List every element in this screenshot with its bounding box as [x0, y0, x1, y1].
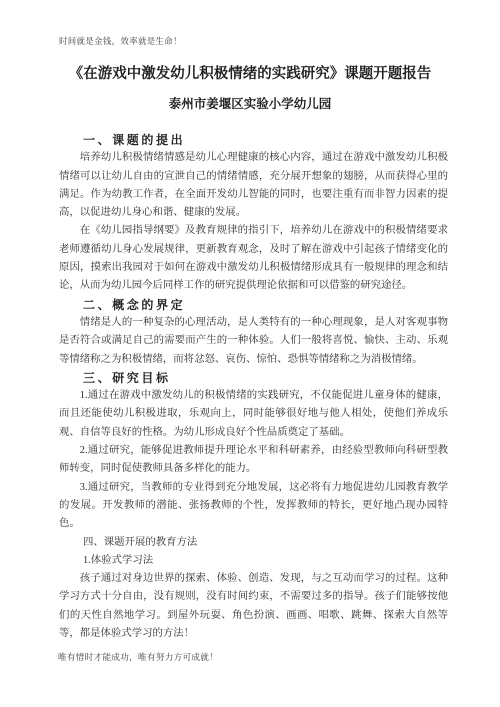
document-subtitle: 泰州市姜堰区实验小学幼儿园: [0, 94, 500, 112]
page-footer-motto: 唯有惜时才能成功，唯有努力方可成就！: [58, 651, 218, 663]
paragraph-method-1: 孩子通过对身边世界的探索、体验、创造、发现，与之互动而学习的过程。这种学习方式十…: [59, 570, 448, 643]
page-header-motto: 时间就是金钱，效率就是生命！: [59, 35, 182, 47]
paragraph-topic-1: 培养幼儿积极情绪情感是幼儿心理健康的核心内容，通过在游戏中激发幼儿积极情绪可以让…: [59, 149, 448, 222]
document-body: 一、课题的提出 培养幼儿积极情绪情感是幼儿心理健康的核心内容，通过在游戏中激发幼…: [59, 131, 448, 643]
subsection-heading-method-1: 1.体验式学习法: [59, 552, 448, 570]
document-title: 《在游戏中激发幼儿积极情绪的实践研究》课题开题报告: [0, 62, 500, 83]
section-heading-3: 三、研究目标: [59, 369, 448, 387]
paragraph-definition: 情绪是人的一种复杂的心理活动，是人类特有的一种心理现象，是人对客观事物是否符合或…: [59, 314, 448, 369]
paragraph-goal-2: 2.通过研究，能够促进教师提升理论水平和科研素养，由经验型教师向科研型教师转变，…: [59, 442, 448, 479]
paragraph-goal-1: 1.通过在游戏中激发幼儿的积极情绪的实践研究，不仅能促进儿童身体的健康，而且还能…: [59, 387, 448, 442]
section-heading-2: 二、概念的界定: [59, 296, 448, 314]
paragraph-goal-3: 3.通过研究，当教师的专业得到充分地发展，这必将有力地促进幼儿园教育教学的发展。…: [59, 479, 448, 534]
document-page: 时间就是金钱，效率就是生命！ 《在游戏中激发幼儿积极情绪的实践研究》课题开题报告…: [0, 0, 500, 707]
section-heading-1: 一、课题的提出: [59, 131, 448, 149]
paragraph-topic-2: 在《幼儿园指导纲要》及教育规律的指引下，培养幼儿在游戏中的积极情绪要求老师遵循幼…: [59, 222, 448, 295]
section-heading-4: 四、课题开展的教育方法: [59, 534, 448, 552]
